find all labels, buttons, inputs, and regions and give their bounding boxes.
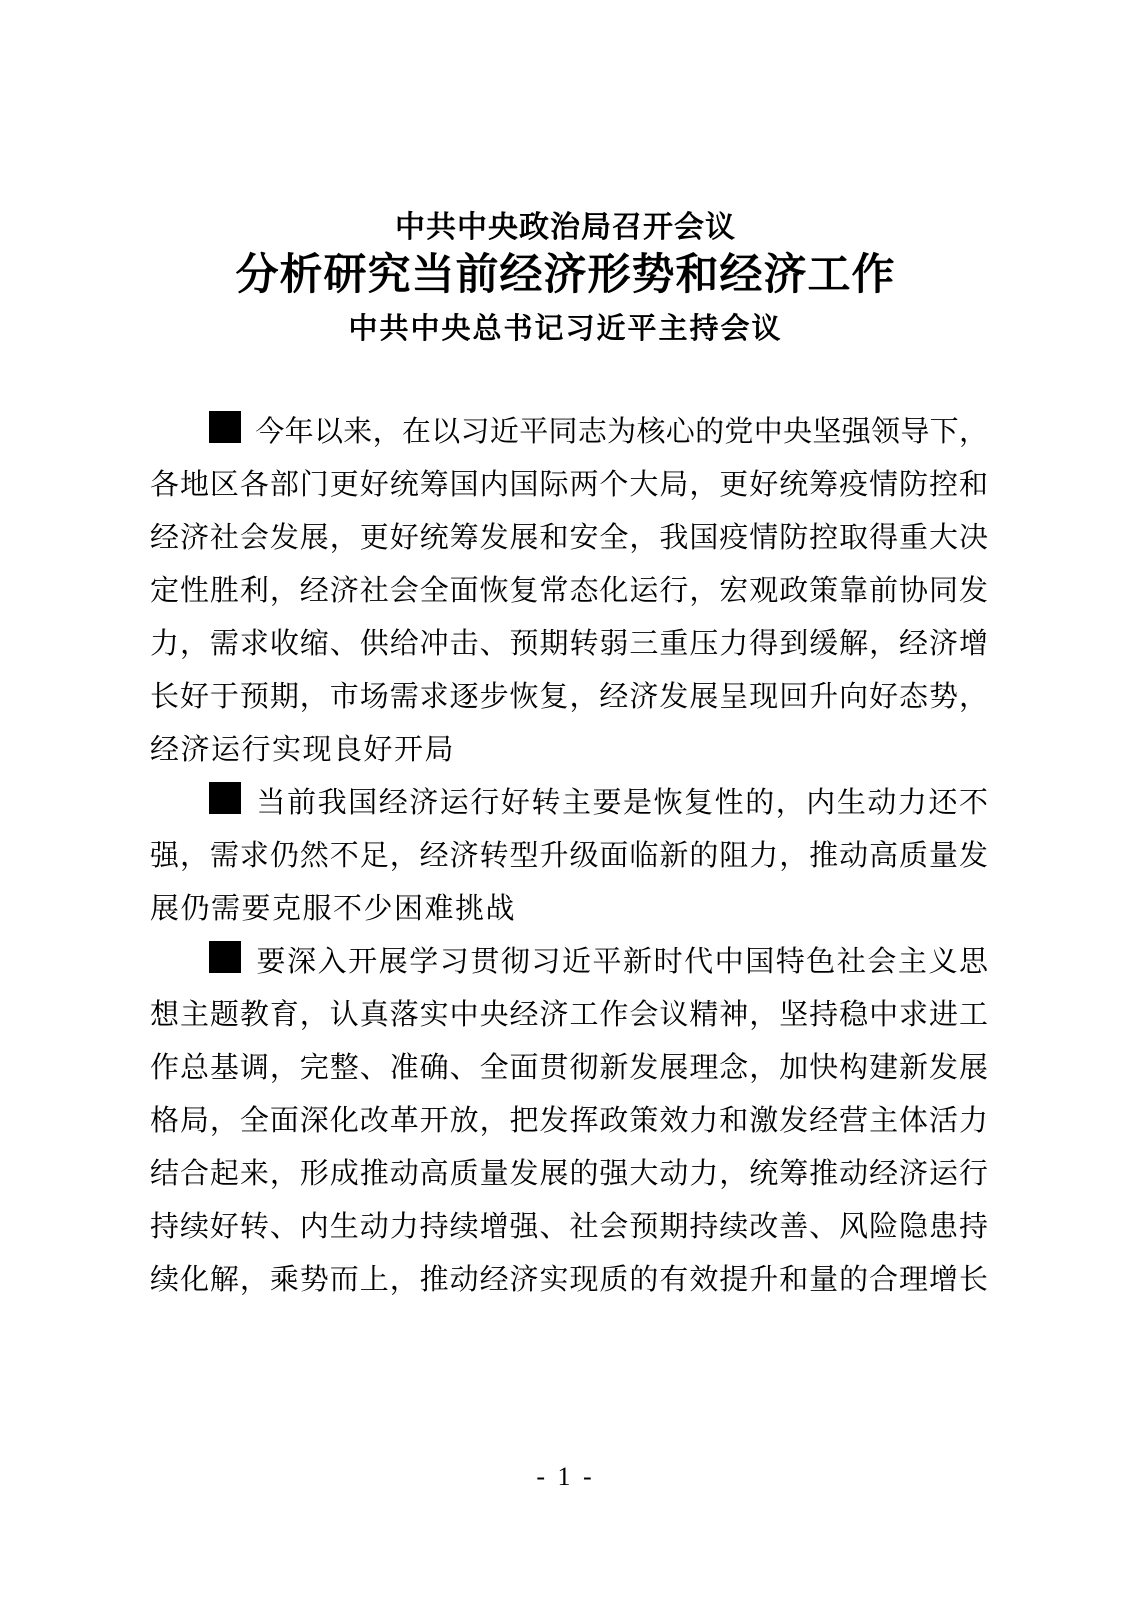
- text-line: 格局，全面深化改革开放，把发挥政策效力和激发经营主体活力: [150, 1095, 988, 1148]
- document-header: 中共中央政治局召开会议 分析研究当前经济形势和经济工作 中共中央总书记习近平主持…: [0, 0, 1131, 348]
- page-number: - 1 -: [0, 1462, 1131, 1492]
- paragraph: 当前我国经济运行好转主要是恢复性的，内生动力还不强，需求仍然不足，经济转型升级面…: [150, 777, 988, 936]
- bullet-square-icon: [209, 941, 241, 973]
- text-line: 想主题教育，认真落实中央经济工作会议精神，坚持稳中求进工: [150, 989, 988, 1042]
- text-line: 要深入开展学习贯彻习近平新时代中国特色社会主义思: [150, 936, 988, 989]
- paragraph: 今年以来，在以习近平同志为核心的党中央坚强领导下，各地区各部门更好统筹国内国际两…: [150, 406, 988, 777]
- document-page: 中共中央政治局召开会议 分析研究当前经济形势和经济工作 中共中央总书记习近平主持…: [0, 0, 1131, 1600]
- text-line: 长好于预期，市场需求逐步恢复，经济发展呈现回升向好态势，: [150, 671, 988, 724]
- document-supertitle: 中共中央政治局召开会议: [0, 210, 1131, 246]
- text-line: 结合起来，形成推动高质量发展的强大动力，统筹推动经济运行: [150, 1148, 988, 1201]
- document-body: 今年以来，在以习近平同志为核心的党中央坚强领导下，各地区各部门更好统筹国内国际两…: [150, 406, 988, 1307]
- text-line: 持续好转、内生动力持续增强、社会预期持续改善、风险隐患持: [150, 1201, 988, 1254]
- text-line: 经济社会发展，更好统筹发展和安全，我国疫情防控取得重大决: [150, 512, 988, 565]
- paragraph: 要深入开展学习贯彻习近平新时代中国特色社会主义思想主题教育，认真落实中央经济工作…: [150, 936, 988, 1307]
- text-line: 当前我国经济运行好转主要是恢复性的，内生动力还不: [150, 777, 988, 830]
- text-line: 作总基调，完整、准确、全面贯彻新发展理念，加快构建新发展: [150, 1042, 988, 1095]
- text-line: 今年以来，在以习近平同志为核心的党中央坚强领导下，: [150, 406, 988, 459]
- text-line: 经济运行实现良好开局: [150, 724, 988, 777]
- text-line: 强，需求仍然不足，经济转型升级面临新的阻力，推动高质量发: [150, 830, 988, 883]
- document-title: 分析研究当前经济形势和经济工作: [0, 250, 1131, 302]
- bullet-square-icon: [209, 782, 241, 814]
- bullet-square-icon: [209, 411, 241, 443]
- text-line: 各地区各部门更好统筹国内国际两个大局，更好统筹疫情防控和: [150, 459, 988, 512]
- text-line: 定性胜利，经济社会全面恢复常态化运行，宏观政策靠前协同发: [150, 565, 988, 618]
- text-line: 续化解，乘势而上，推动经济实现质的有效提升和量的合理增长: [150, 1254, 988, 1307]
- document-subtitle: 中共中央总书记习近平主持会议: [0, 310, 1131, 348]
- text-line: 展仍需要克服不少困难挑战: [150, 883, 988, 936]
- text-line: 力，需求收缩、供给冲击、预期转弱三重压力得到缓解，经济增: [150, 618, 988, 671]
